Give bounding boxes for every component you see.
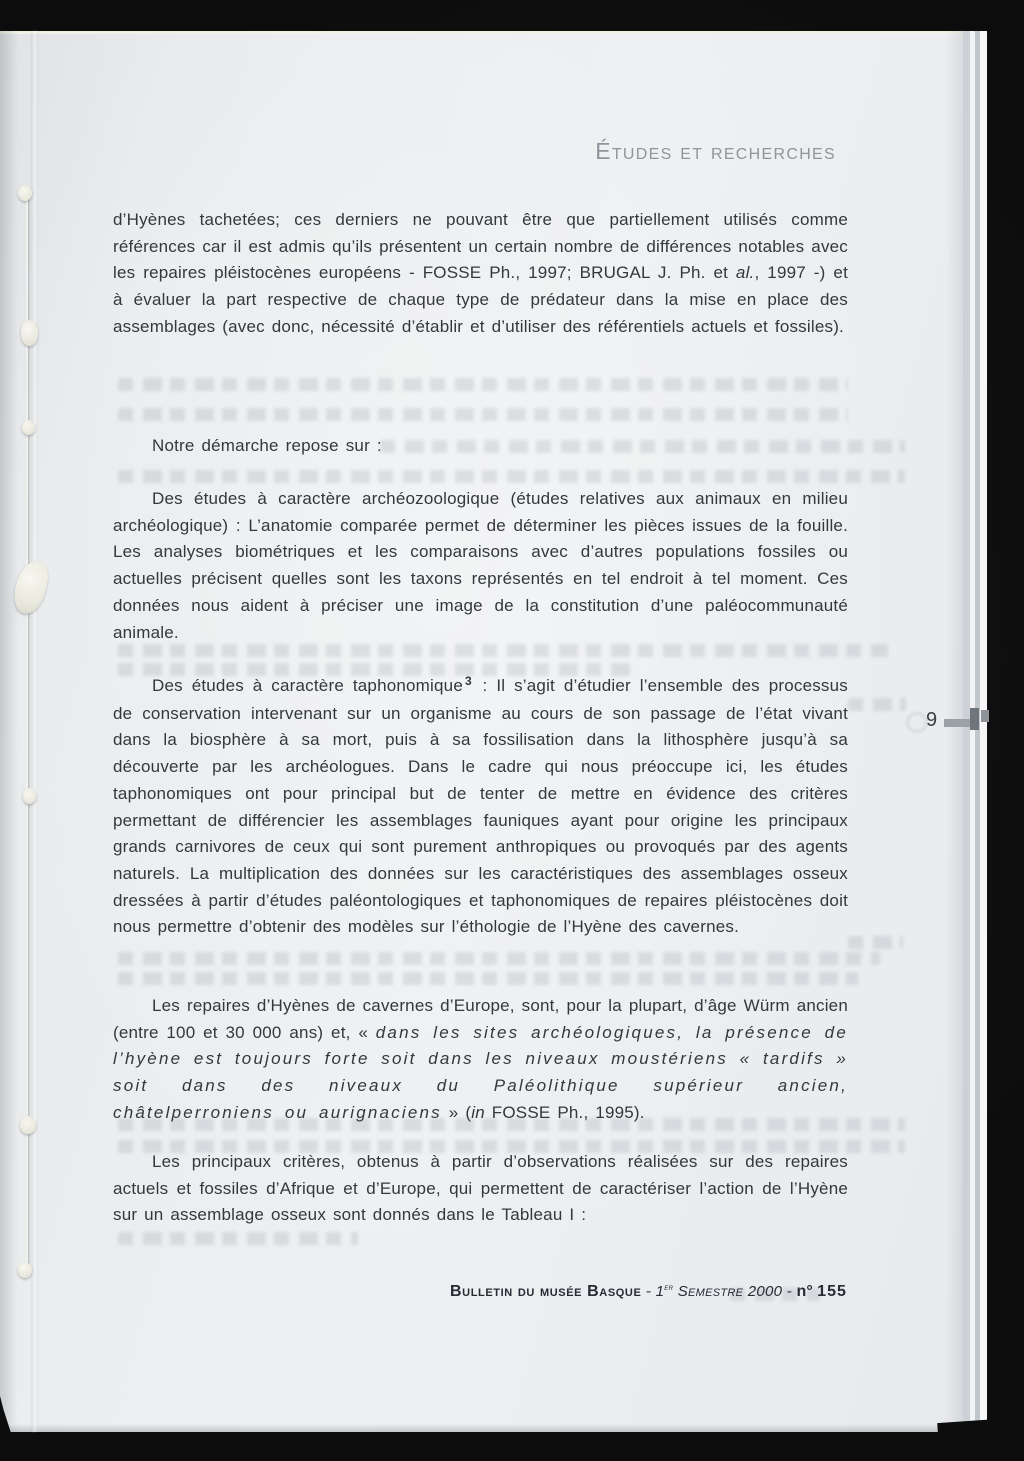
ink-bleedthrough	[118, 972, 858, 985]
ink-bleedthrough	[118, 470, 905, 483]
ink-bleedthrough	[118, 952, 880, 965]
paragraph-archeozoologie: Des études à caractère archéozoologique …	[113, 486, 848, 646]
scanned-book-photo: Études et recherches d’Hyènes tachetées;…	[0, 0, 1024, 1461]
background-corner-bottom-right	[937, 1417, 1024, 1448]
page-tab-marker-dark	[970, 708, 979, 730]
issue-number: 155	[817, 1283, 847, 1300]
footer-separator: -	[641, 1283, 655, 1300]
binding-thread-knot	[21, 320, 38, 346]
issue-ordinal-suffix: er	[664, 1282, 673, 1292]
ink-bleedthrough	[118, 378, 848, 391]
running-head: Études et recherches	[595, 138, 836, 165]
page-bottom-shadow	[0, 1424, 987, 1432]
binding-thread-knot	[18, 1262, 32, 1278]
ink-bleedthrough	[118, 408, 848, 421]
paragraph-repaires: Les repaires d’Hyènes de cavernes d’Euro…	[113, 993, 848, 1127]
page-curvature-shadow	[946, 31, 963, 1432]
binding-thread-knot	[18, 185, 32, 201]
journal-title: Bulletin du musée Basque	[450, 1283, 641, 1300]
paragraph-criteres: Les principaux critères, obtenus à parti…	[113, 1149, 848, 1229]
binding-thread	[26, 190, 28, 1270]
page-footer: Bulletin du musée Basque - 1er Semestre …	[450, 1282, 847, 1301]
paragraph-continuation: d’Hyènes tachetées; ces derniers ne pouv…	[113, 207, 848, 341]
binding-thread-knot	[22, 420, 35, 435]
ink-bleedthrough	[118, 1232, 358, 1245]
binding-crease	[31, 31, 38, 1432]
binding-thread-knot	[20, 1116, 36, 1134]
ink-bleedthrough	[848, 936, 903, 949]
issue-number-label: n°	[797, 1283, 813, 1300]
page-left-shading	[0, 31, 18, 1432]
binding-thread-knot	[23, 788, 36, 804]
scanner-background: { "header": { "title": "Études et recher…	[0, 0, 1024, 1461]
ink-bleedthrough	[848, 698, 906, 711]
paragraph-intro: Notre démarche repose sur :	[113, 433, 848, 460]
paragraph-taphonomie: Des études à caractère taphonomique3 : I…	[113, 673, 848, 941]
ink-bleedthrough-ring	[906, 712, 928, 733]
page-number: 9	[926, 709, 937, 732]
page-stack-edges	[963, 31, 987, 1432]
footer-separator: -	[782, 1283, 796, 1300]
page-tab-marker-edge	[981, 710, 989, 722]
issue-label: 1er Semestre 2000	[656, 1283, 783, 1300]
